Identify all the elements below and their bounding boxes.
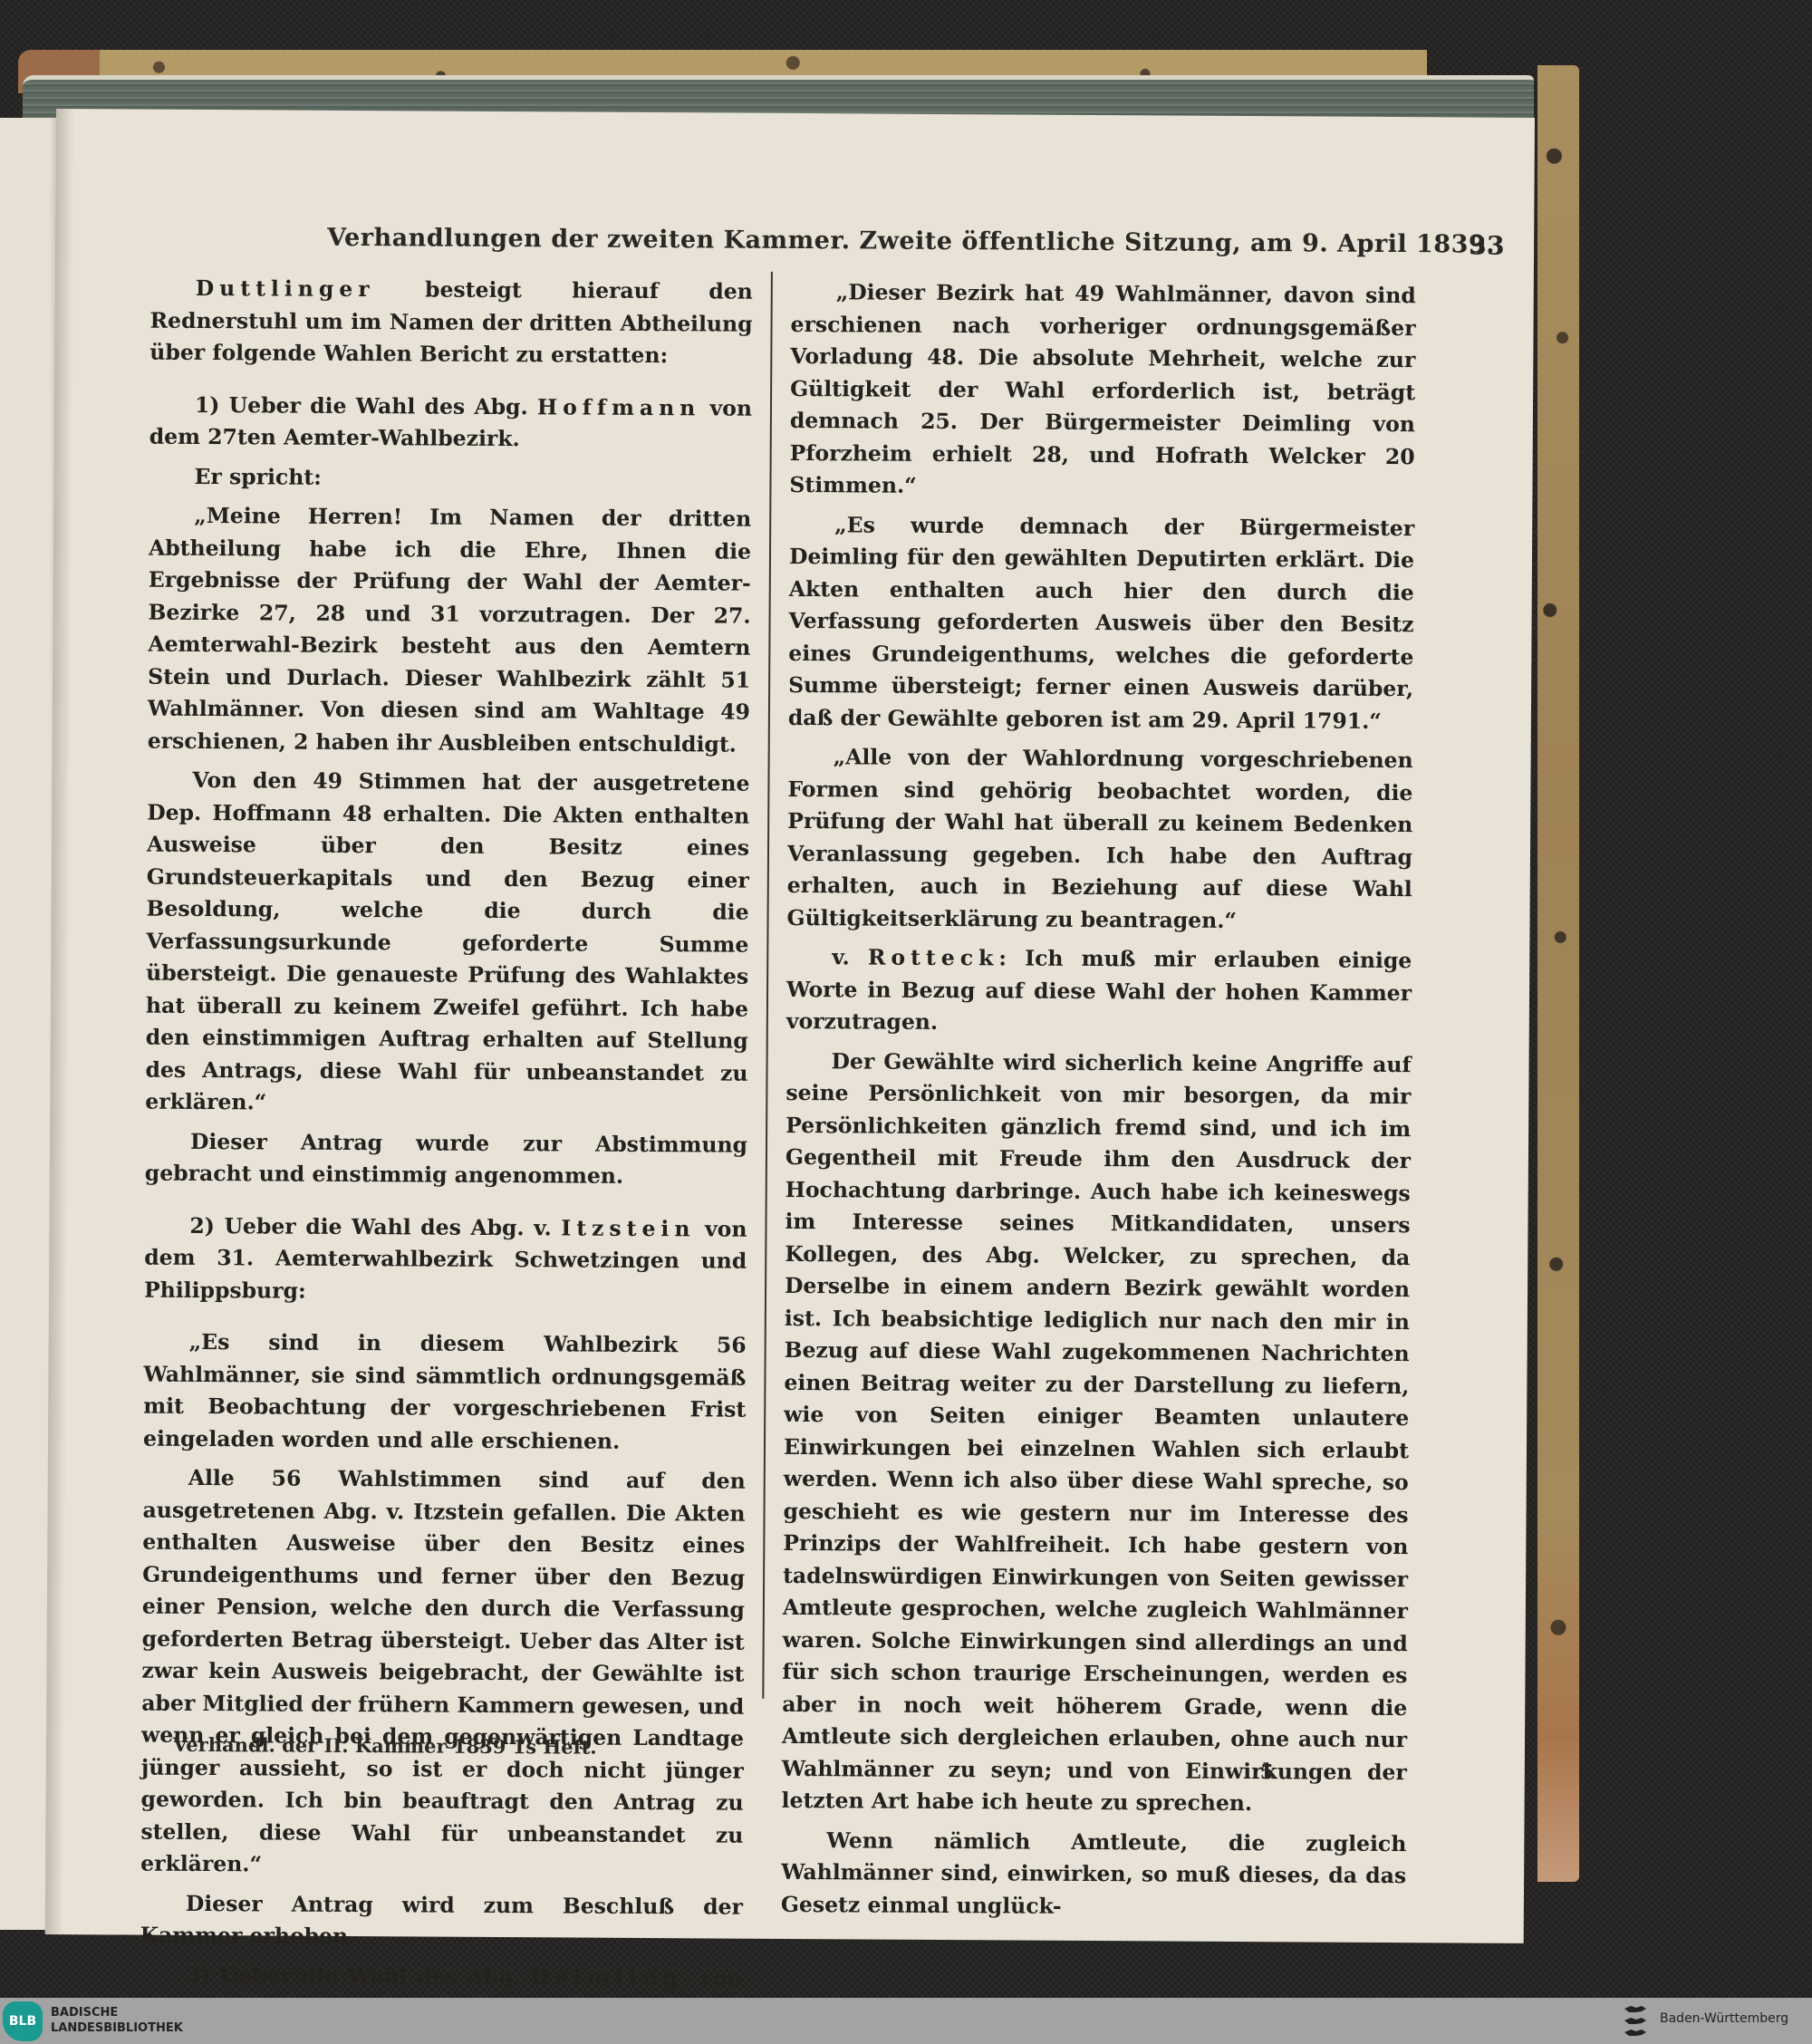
footnote: Verhandl. der II. Kammer 1839 1s Heft. bbox=[173, 1733, 597, 1759]
paragraph: Duttlinger besteigt hierauf den Rednerst… bbox=[149, 273, 753, 373]
paragraph: Dieser Antrag wird zum Beschluß der Kamm… bbox=[140, 1887, 743, 1955]
paragraph-lead: 3) Ueber die Wahl des Abg. bbox=[185, 1962, 530, 1989]
paragraph: Dieser Antrag wurde zur Abstimmung gebra… bbox=[145, 1125, 747, 1193]
three-lions-crest-icon[interactable] bbox=[1622, 2003, 1649, 2041]
speaker-name: Duttlinger bbox=[196, 275, 375, 302]
paragraph: „Alle von der Wahlordnung vorgeschrieben… bbox=[786, 741, 1412, 938]
deputy-name: Hoffmann bbox=[537, 394, 701, 420]
paragraph: Alle 56 Wahlstimmen sind auf den ausgetr… bbox=[140, 1462, 746, 1885]
paragraph-lead: 1) Ueber die Wahl des Abg. bbox=[195, 391, 537, 419]
signature-mark: 5 bbox=[1260, 1760, 1274, 1784]
paragraph: v. Rotteck: Ich muß mir erlauben einige … bbox=[786, 941, 1412, 1042]
paragraph: „Es wurde demnach der Bürgermeister Deim… bbox=[788, 508, 1415, 738]
paragraph: Wenn nämlich Amtleute, die zugleich Wahl… bbox=[781, 1824, 1407, 1924]
book-page: Verhandlungen der zweiten Kammer. Zweite… bbox=[45, 109, 1535, 1943]
column-divider bbox=[762, 272, 773, 1699]
baden-wuerttemberg-label[interactable]: Baden-Württemberg bbox=[1660, 2011, 1788, 2026]
paragraph-lead: v. bbox=[832, 944, 868, 969]
left-column: Duttlinger besteigt hierauf den Rednerst… bbox=[140, 273, 753, 2035]
paragraph: 2) Ueber die Wahl des Abg. v. Itzstein v… bbox=[144, 1210, 747, 1310]
right-column: „Dieser Bezirk hat 49 Wahlmänner, davon … bbox=[781, 276, 1416, 1932]
book-cover-right-edge bbox=[1537, 65, 1579, 1882]
paragraph: Er spricht: bbox=[149, 460, 751, 497]
running-header: Verhandlungen der zweiten Kammer. Zweite… bbox=[327, 224, 1505, 267]
speaker-name: Rotteck bbox=[868, 944, 999, 970]
blb-logo-line2: LANDESBIBLIOTHEK bbox=[51, 2020, 183, 2036]
paragraph: Der Gewählte wird sicherlich keine Angri… bbox=[781, 1045, 1411, 1820]
paragraph: 1) Ueber die Wahl des Abg. Hoffmann von … bbox=[149, 389, 752, 457]
paragraph: „Dieser Bezirk hat 49 Wahlmänner, davon … bbox=[789, 276, 1416, 506]
blb-logo-text[interactable]: BADISCHE LANDESBIBLIOTHEK bbox=[51, 2005, 183, 2036]
page-number: 33 bbox=[1469, 231, 1505, 261]
viewer-footer-bar bbox=[0, 1998, 1812, 2044]
paragraph-lead: 2) Ueber die Wahl des Abg. v. bbox=[189, 1212, 561, 1240]
deputy-name: Itzstein bbox=[561, 1215, 695, 1241]
paragraph: „Meine Herren! Im Namen der dritten Abth… bbox=[148, 500, 752, 761]
blb-logo-line1: BADISCHE bbox=[51, 2005, 183, 2020]
paragraph: Von den 49 Stimmen hat der ausgetretene … bbox=[145, 765, 749, 1123]
deputy-name: Deimling bbox=[530, 1964, 683, 1991]
running-title: Verhandlungen der zweiten Kammer. Zweite… bbox=[327, 224, 1495, 259]
paragraph: „Es sind in diesem Wahlbezirk 56 Wahlmän… bbox=[143, 1326, 747, 1459]
blb-logo-icon[interactable]: BLB bbox=[3, 2001, 43, 2041]
